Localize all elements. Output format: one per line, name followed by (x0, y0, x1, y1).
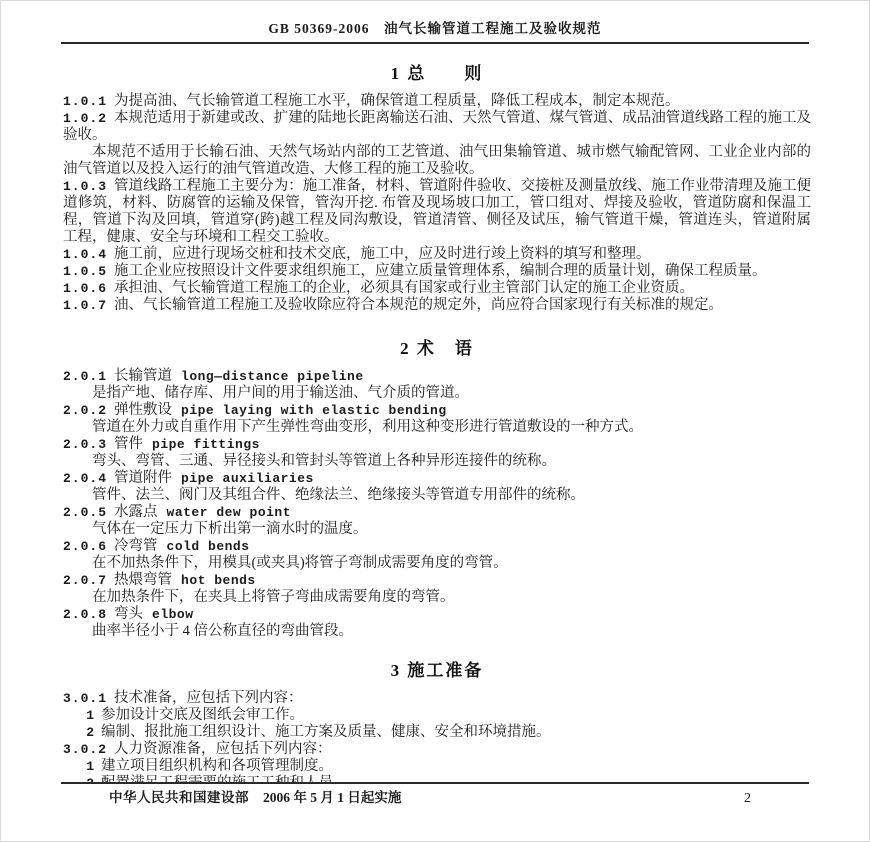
term-entry: 2.0.2弹性敷设pipe laying with elastic bendin… (63, 402, 811, 419)
term-number: 2.0.1 (63, 369, 107, 384)
footer-issuer: 中华人民共和国建设部 (61, 786, 249, 806)
clause: 1.0.2本规范适用于新建或改、扩建的陆地长距离输送石油、天然气管道、煤气管道、… (63, 110, 811, 144)
term-number: 2.0.3 (63, 437, 107, 452)
term-definition: 在加热条件下，在夹具上将管子弯曲成需要角度的弯管。 (63, 589, 811, 606)
term-entry: 2.0.4管道附件pipe auxiliaries (63, 470, 811, 487)
term-english: cold bends (167, 539, 250, 554)
term-number: 2.0.8 (63, 607, 107, 622)
clause-number: 1.0.1 (63, 94, 107, 109)
document-page: GB 50369-2006 油气长输管道工程施工及验收规范 1 总 则1.0.1… (0, 0, 870, 842)
term-chinese: 管道附件 (114, 470, 172, 486)
term-number: 2.0.2 (63, 403, 107, 418)
page-footer: 中华人民共和国建设部 2006 年 5 月 1 日起实施 2 (61, 782, 809, 807)
clause: 1.0.7油、气长输管道工程施工及验收除应符合本规范的规定外，尚应符合国家现行有… (63, 297, 811, 314)
clause-text: 技术准备，应包括下列内容： (114, 690, 303, 706)
term-definition: 在不加热条件下，用模具(或夹具)将管子弯制成需要角度的弯管。 (63, 555, 811, 572)
clause: 3.0.2人力资源准备，应包括下列内容： (63, 741, 811, 758)
term-definition: 弯头、弯管、三通、异径接头和管封头等管道上各种异形连接件的统称。 (63, 453, 811, 470)
term-chinese: 长输管道 (114, 368, 172, 384)
clause-number: 1.0.2 (63, 111, 107, 126)
clause-number: 1.0.3 (63, 179, 107, 194)
term-english: pipe laying with elastic bending (181, 403, 447, 418)
document-title: GB 50369-2006 油气长输管道工程施工及验收规范 (268, 21, 601, 36)
term-number: 2.0.5 (63, 505, 107, 520)
section-1: 1 总 则1.0.1为提高油、气长输管道工程施工水平，确保管道工程质量，降低工程… (63, 59, 811, 314)
term-chinese: 弯头 (114, 606, 143, 622)
section-3: 3 施工准备3.0.1技术准备，应包括下列内容：1参加设计交底及图纸会审工作。2… (63, 656, 811, 782)
term-definition: 管件、法兰、阀门及其组合件、绝缘法兰、绝缘接头等管道专用部件的统称。 (63, 487, 811, 504)
term-entry: 2.0.1长输管道long—distance pipeline (63, 368, 811, 385)
clause: 1.0.1为提高油、气长输管道工程施工水平，确保管道工程质量，降低工程成本，制定… (63, 93, 811, 110)
term-chinese: 冷弯管 (114, 538, 158, 554)
item-number: 1 (86, 759, 94, 774)
clause-number: 1.0.4 (63, 247, 107, 262)
item-number: 1 (86, 708, 94, 723)
clause-number: 1.0.7 (63, 298, 107, 313)
term-english: pipe auxiliaries (181, 471, 314, 486)
clause: 1.0.4施工前，应进行现场交桩和技术交底，施工中，应及时进行竣上资料的填写和整… (63, 246, 811, 263)
term-definition: 曲率半径小于 4 倍公称直径的弯曲管段。 (63, 623, 811, 640)
section-2: 2 术 语2.0.1长输管道long—distance pipeline是指产地… (63, 334, 811, 640)
footer-row: 中华人民共和国建设部 2006 年 5 月 1 日起实施 2 (61, 784, 809, 807)
term-definition: 管道在外力或自重作用下产生弹性弯曲变形，利用这种变形进行管道敷设的一种方式。 (63, 419, 811, 436)
clause: 1.0.6承担油、气长输管道工程施工的企业，必须具有国家或行业主管部门认定的施工… (63, 280, 811, 297)
clause-text: 承担油、气长输管道工程施工的企业，必须具有国家或行业主管部门认定的施工企业资质。 (114, 280, 694, 296)
term-number: 2.0.4 (63, 471, 107, 486)
continuation-paragraph: 本规范不适用于长输石油、天然气场站内部的工艺管道、油气田集输管道、城市燃气输配管… (63, 144, 811, 178)
clause-number: 3.0.2 (63, 742, 107, 757)
item-text: 编制、报批施工组织设计、施工方案及质量、健康、安全和环境措施。 (101, 724, 551, 740)
section-heading: 1 总 则 (63, 59, 811, 84)
clause-number: 3.0.1 (63, 691, 107, 706)
page-header: GB 50369-2006 油气长输管道工程施工及验收规范 (61, 17, 809, 44)
term-english: pipe fittings (152, 437, 260, 452)
term-entry: 2.0.3管件pipe fittings (63, 436, 811, 453)
term-english: long—distance pipeline (181, 369, 364, 384)
clause-text: 管道线路工程施工主要分为：施工准备，材料、管道附件验收、交接桩及测量放线、施工作… (63, 178, 811, 245)
term-definition: 是指产地、储存库、用户间的用于输送油、气介质的管道。 (63, 385, 811, 402)
term-entry: 2.0.8弯头elbow (63, 606, 811, 623)
term-entry: 2.0.7热煨弯管hot bends (63, 572, 811, 589)
list-item: 2编制、报批施工组织设计、施工方案及质量、健康、安全和环境措施。 (63, 724, 811, 741)
term-chinese: 弹性敷设 (114, 402, 172, 418)
section-heading: 3 施工准备 (63, 656, 811, 681)
section-heading: 2 术 语 (63, 334, 811, 359)
item-number: 2 (86, 725, 94, 740)
footer-effective-date: 2006 年 5 月 1 日起实施 (263, 786, 401, 806)
clause-text: 本规范适用于新建或改、扩建的陆地长距离输送石油、天然气管道、煤气管道、成品油管道… (63, 110, 811, 143)
list-item: 1建立项目组织机构和各项管理制度。 (63, 758, 811, 775)
term-number: 2.0.6 (63, 539, 107, 554)
document-body: 1 总 则1.0.1为提高油、气长输管道工程施工水平，确保管道工程质量，降低工程… (63, 44, 811, 782)
term-entry: 2.0.5水露点water dew point (63, 504, 811, 521)
term-entry: 2.0.6冷弯管cold bends (63, 538, 811, 555)
clause-number: 1.0.5 (63, 264, 107, 279)
list-item: 1参加设计交底及图纸会审工作。 (63, 707, 811, 724)
term-definition: 气体在一定压力下析出第一滴水时的温度。 (63, 521, 811, 538)
clause: 1.0.5施工企业应按照设计文件要求组织施工，应建立质量管理体系，编制合理的质量… (63, 263, 811, 280)
clause-text: 为提高油、气长输管道工程施工水平，确保管道工程质量，降低工程成本，制定本规范。 (114, 93, 680, 109)
term-english: elbow (152, 607, 194, 622)
item-text: 建立项目组织机构和各项管理制度。 (101, 758, 333, 774)
term-chinese: 管件 (114, 436, 143, 452)
term-number: 2.0.7 (63, 573, 107, 588)
term-english: hot bends (181, 573, 256, 588)
clause-text: 施工企业应按照设计文件要求组织施工，应建立质量管理体系，编制合理的质量计划，确保… (114, 263, 767, 279)
clause: 1.0.3管道线路工程施工主要分为：施工准备，材料、管道附件验收、交接桩及测量放… (63, 178, 811, 246)
clause-text: 人力资源准备，应包括下列内容： (114, 741, 332, 757)
term-english: water dew point (167, 505, 292, 520)
list-item: 2配置满足工程需要的施工工种和人员。 (63, 775, 811, 782)
term-chinese: 热煨弯管 (114, 572, 172, 588)
clause-number: 1.0.6 (63, 281, 107, 296)
item-text: 参加设计交底及图纸会审工作。 (101, 707, 304, 723)
clause-text: 油、气长输管道工程施工及验收除应符合本规范的规定外，尚应符合国家现行有关标准的规… (114, 297, 723, 313)
clause-text: 施工前，应进行现场交桩和技术交底，施工中，应及时进行竣上资料的填写和整理。 (114, 246, 651, 262)
item-text: 配置满足工程需要的施工工种和人员。 (101, 775, 348, 782)
term-chinese: 水露点 (114, 504, 158, 520)
clause: 3.0.1技术准备，应包括下列内容： (63, 690, 811, 707)
footer-page-number: 2 (744, 791, 751, 807)
